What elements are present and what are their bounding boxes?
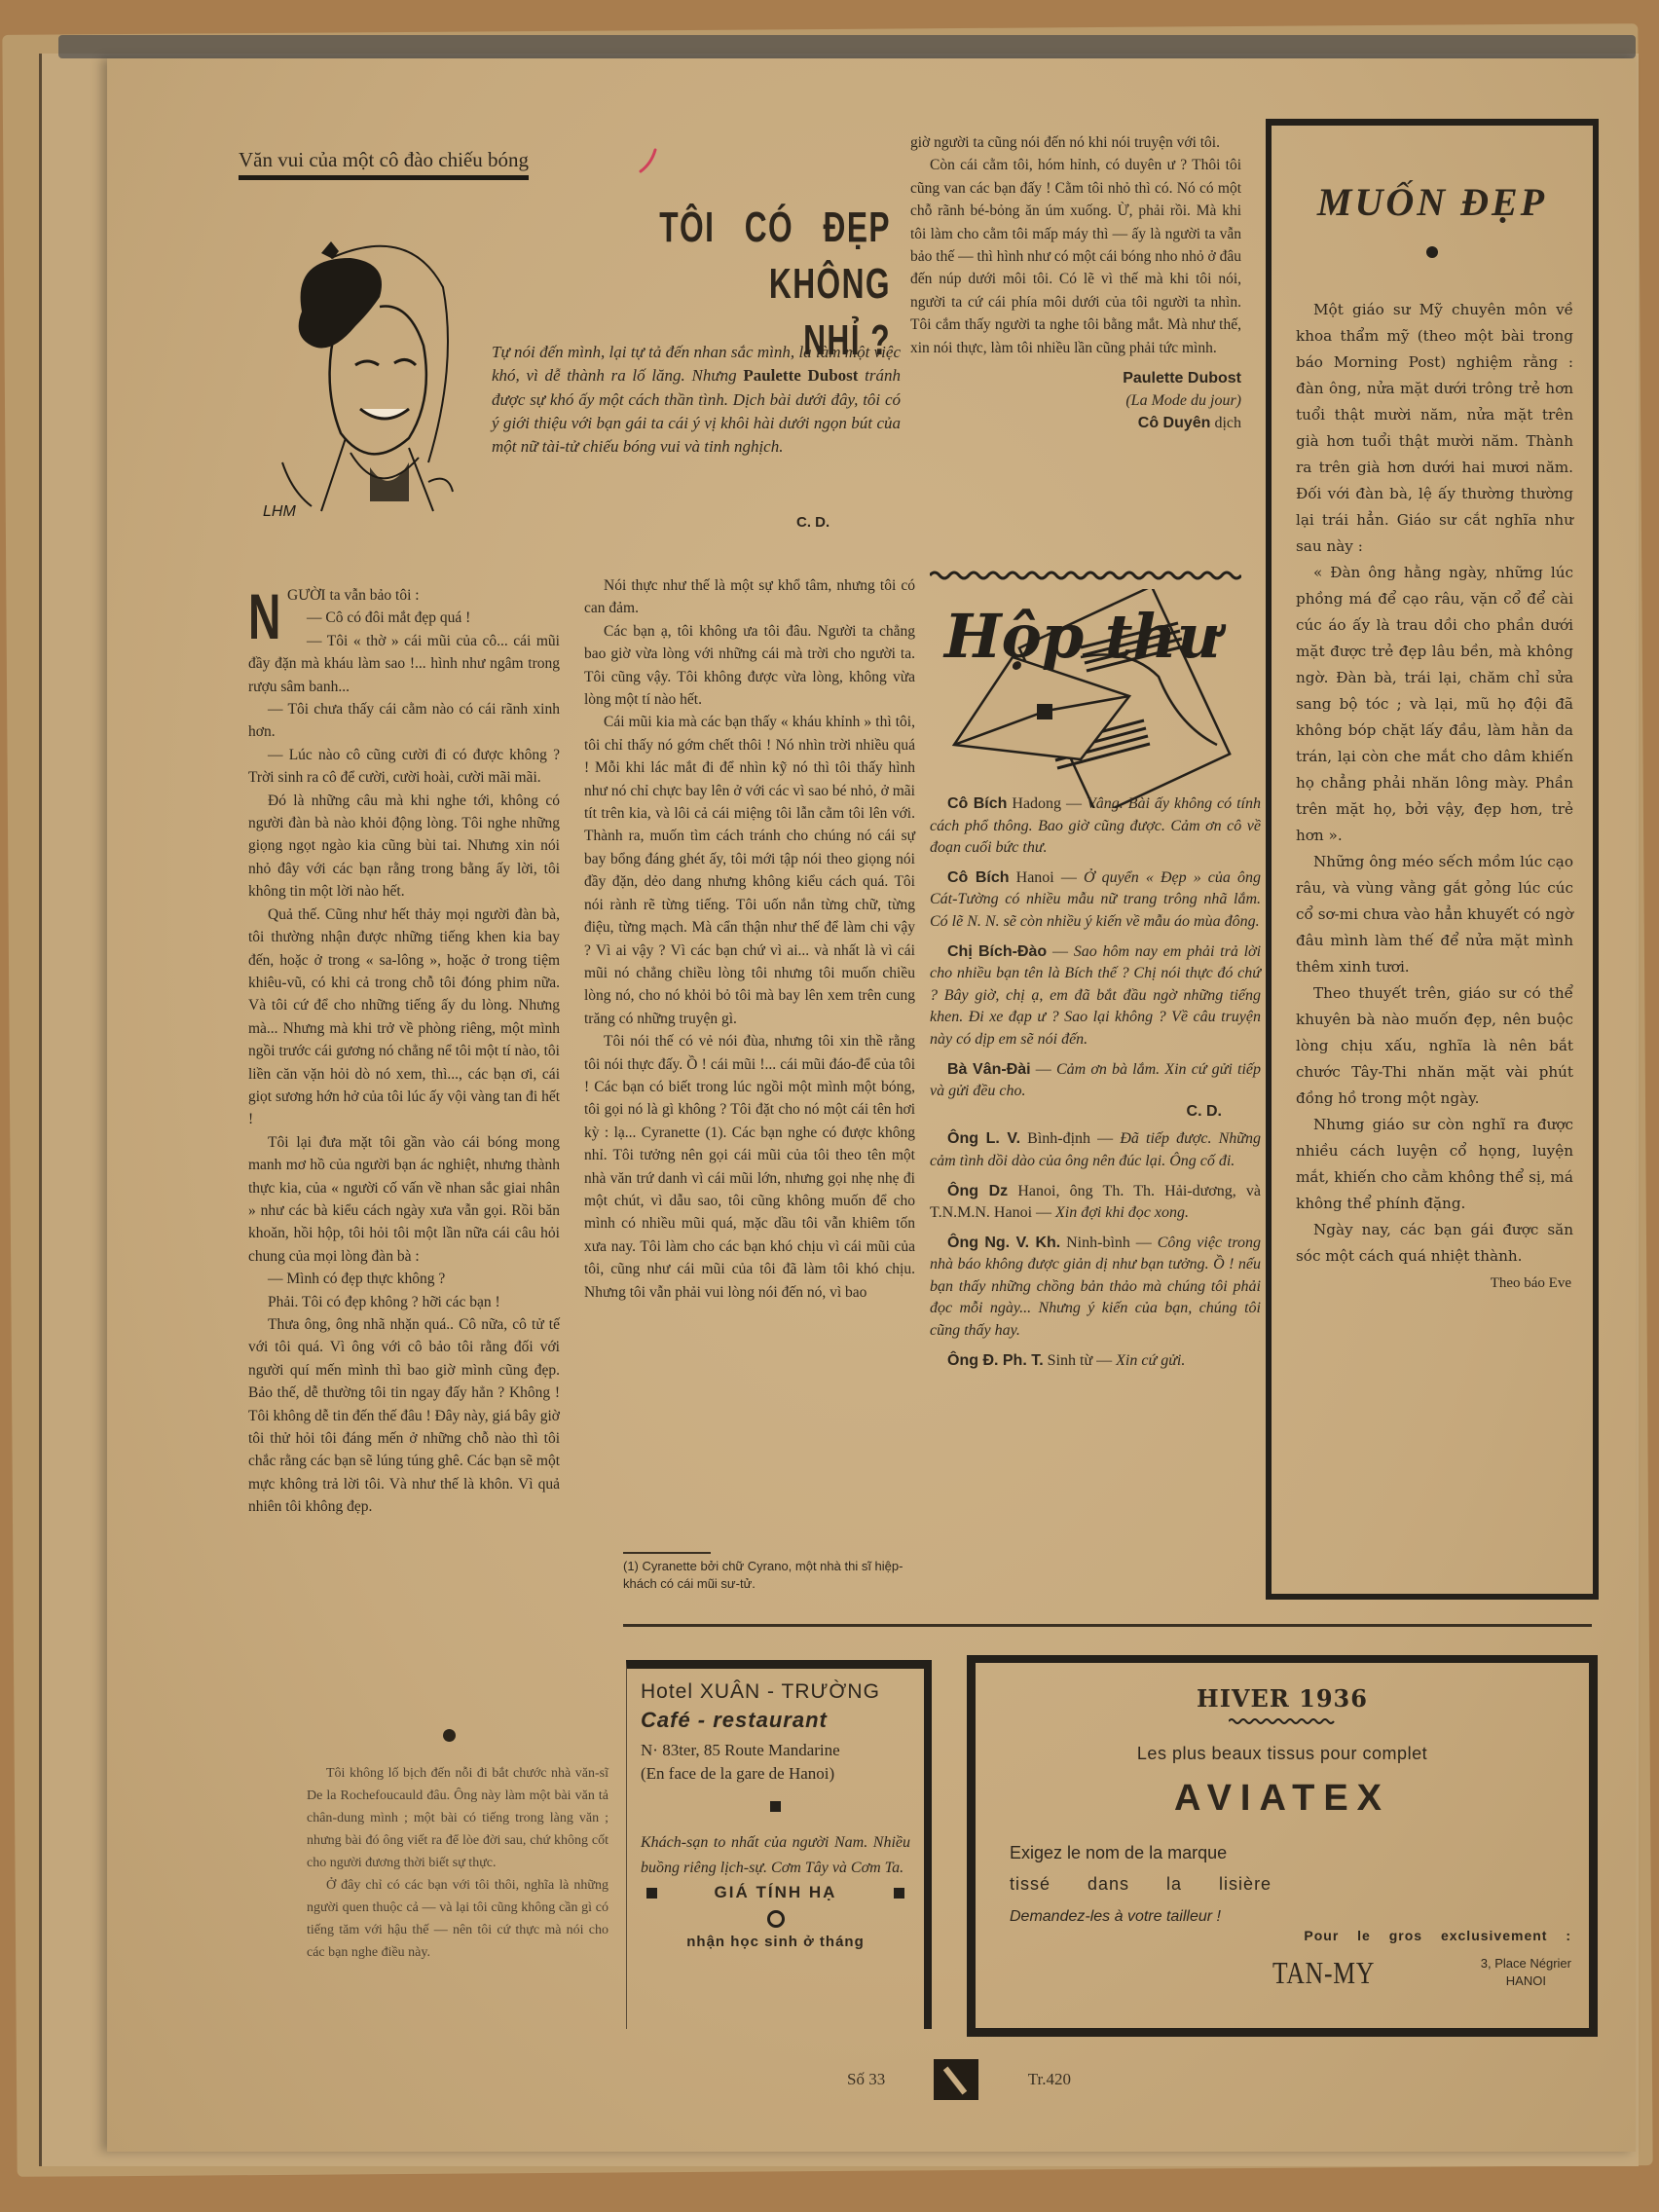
- sidebar-body: Một giáo sư Mỹ chuyên môn về khoa thẩm m…: [1272, 297, 1593, 1270]
- mailbox-entry: Ông L. V. Bình-định — Đã tiếp được. Nhữn…: [930, 1128, 1261, 1172]
- mailbox-title: Hộp thư: [942, 601, 1227, 672]
- mailbox-entry: Cô Bích Hanoi — Ở quyển « Đẹp » của ông …: [930, 867, 1261, 934]
- article-intro: Tự nói đến mình, lại tự tả đến nhan sắc …: [492, 341, 901, 459]
- square-bullet-icon: [770, 1801, 781, 1812]
- hotel-name: Hotel XUÂN - TRƯỜNG: [641, 1680, 910, 1704]
- ad-dealer-name: TAN-MY: [1272, 1955, 1375, 1991]
- paragraph: Tôi lại đưa mặt tôi gần vào cái bóng mon…: [248, 1131, 560, 1268]
- mailbox-entry: Ông Đ. Ph. T. Sinh từ — Xin cứ gửi.: [930, 1350, 1261, 1373]
- paragraph: Những ông méo sếch mồm lúc cạo râu, và v…: [1296, 849, 1573, 980]
- mailbox-entry: Chị Bích-Đào — Sao hôm nay em phải trả l…: [930, 941, 1261, 1051]
- wavy-divider: [930, 570, 1241, 581]
- paragraph: Tôi nói thế có vẻ nói đùa, nhưng tôi xin…: [584, 1030, 915, 1304]
- section-bullet-icon: [443, 1729, 456, 1742]
- wavy-underline: [1229, 1716, 1336, 1726]
- sidebar-source: Theo báo Eve: [1272, 1275, 1593, 1292]
- paragraph: — Tôi chưa thấy cái cằm nào có cái rãnh …: [248, 698, 560, 744]
- mailbox-entry: Bà Vân-Đài — Cảm ơn bà lắm. Xin cứ gửi t…: [930, 1059, 1261, 1103]
- mailbox-signoff: C. D.: [930, 1101, 1222, 1124]
- ad-hotel-xuan-truong: Hotel XUÂN - TRƯỜNG Café - restaurant N·…: [626, 1660, 932, 2029]
- paragraph: GƯỜI ta vẫn bảo tôi :: [248, 584, 560, 607]
- ad-instructions: Exigez le nom de la marque tissé dans la…: [1010, 1837, 1589, 1933]
- paragraph: giờ người ta cũng nói đến nó khi nói tru…: [910, 131, 1241, 154]
- horizontal-rule: [623, 1624, 1592, 1627]
- issue-number: Số 33: [847, 2070, 885, 2089]
- hotel-subtitle: Café - restaurant: [641, 1708, 910, 1733]
- article-column-2: Nói thực như thế là một sự khổ tâm, nhưn…: [584, 574, 915, 1304]
- paragraph: Thưa ông, ông nhã nhặn quá.. Cô nữa, cô …: [248, 1313, 560, 1519]
- paragraph: Quả thế. Cũng như hết thảy mọi người đàn…: [248, 903, 560, 1131]
- ad-brand: AVIATEX: [976, 1778, 1589, 1820]
- signature-translator: Cô Duyên: [1138, 415, 1211, 431]
- ad-aviatex: HIVER 1936 Les plus beaux tissus pour co…: [967, 1655, 1598, 2037]
- ring-icon: [767, 1910, 785, 1928]
- footnote-rule: [623, 1552, 711, 1554]
- signature-source: (La Mode du jour): [910, 389, 1241, 412]
- actress-portrait-illustration: LHM: [263, 219, 467, 521]
- paragraph: Tôi không lố bịch đến nỗi đi bắt chước n…: [307, 1762, 608, 1874]
- intro-initials: C. D.: [796, 514, 829, 531]
- square-bullet-icon: [894, 1888, 904, 1899]
- ad-tagline: Les plus beaux tissus pour complet: [976, 1744, 1589, 1764]
- mailbox-replies: Cô Bích Hadong — Vâng. Bài ấy không có t…: [930, 793, 1261, 1380]
- intro-author-name: Paulette Dubost: [743, 366, 858, 385]
- mailbox-entry: Ông Ng. V. Kh. Ninh-bình — Công việc tro…: [930, 1233, 1261, 1343]
- paragraph: Cái mũi kia mà các bạn thấy « kháu khỉnh…: [584, 711, 915, 1030]
- paragraph: — Cô có đôi mắt đẹp quá !: [248, 607, 560, 629]
- paragraph: Ngày nay, các bạn gái được săn sóc một c…: [1296, 1217, 1573, 1270]
- hotel-description: Khách-sạn to nhất của người Nam. Nhiều b…: [641, 1830, 910, 1881]
- binding-shadow: [58, 35, 1636, 58]
- article-column-1: N GƯỜI ta vẫn bảo tôi : — Cô có đôi mắt …: [248, 584, 560, 1519]
- hotel-students: nhận học sinh ở tháng: [641, 1934, 910, 1950]
- paragraph: — Mình có đẹp thực không ?: [248, 1268, 560, 1290]
- hotel-address: N· 83ter, 85 Route Mandarine: [641, 1739, 910, 1762]
- hotel-price: GIÁ TÍNH HẠ: [641, 1883, 910, 1902]
- article-column-1-continued: Tôi không lố bịch đến nỗi đi bắt chước n…: [307, 1762, 608, 1964]
- paragraph: Các bạn ạ, tôi không ưa tôi đâu. Người t…: [584, 620, 915, 712]
- headline-line-1: TÔI CÓ ĐẸP KHÔNG: [586, 200, 891, 313]
- paragraph: Còn cái cằm tôi, hóm hỉnh, có duyên ư ? …: [910, 154, 1241, 359]
- mailbox-letters-illustration: Hộp thư: [935, 589, 1246, 808]
- article-column-3: giờ người ta cũng nói đến nó khi nói tru…: [910, 131, 1241, 434]
- sidebar-box-muon-dep: MUỐN ĐẸP Một giáo sư Mỹ chuyên môn về kh…: [1266, 119, 1599, 1600]
- bullet-icon: [1426, 246, 1438, 258]
- page-folio: Số 33 Tr.420: [847, 2059, 1071, 2100]
- publication-logo-icon: [934, 2059, 978, 2100]
- footnote: (1) Cyranette bởi chữ Cyrano, một nhà th…: [623, 1558, 925, 1593]
- paragraph: — Tôi « thờ » cái mũi của cô... cái mũi …: [248, 630, 560, 698]
- hotel-address-note: (En face de la gare de Hanoi): [641, 1762, 910, 1786]
- ad-dealer-address: 3, Place Négrier HANOI: [1481, 1955, 1571, 1990]
- signature-author: Paulette Dubost: [910, 367, 1241, 389]
- pencil-mark-icon: [638, 148, 659, 175]
- paragraph: Nhưng giáo sư còn nghĩ ra được nhiều các…: [1296, 1112, 1573, 1217]
- paragraph: « Đàn ông hằng ngày, những lúc phồng má …: [1296, 560, 1573, 849]
- ad-season: HIVER 1936: [976, 1684, 1589, 1713]
- article-kicker: Văn vui của một cô đào chiếu bóng: [239, 148, 529, 180]
- article-signature: Paulette Dubost (La Mode du jour) Cô Duy…: [910, 367, 1241, 434]
- square-bullet-icon: [646, 1888, 657, 1899]
- paragraph: Phải. Tôi có đẹp không ? hỡi các bạn !: [248, 1291, 560, 1313]
- sidebar-title: MUỐN ĐẸP: [1272, 179, 1593, 225]
- mailbox-entry: Cô Bích Hadong — Vâng. Bài ấy không có t…: [930, 793, 1261, 860]
- illustrator-signature: LHM: [263, 503, 296, 520]
- page-number: Tr.420: [1028, 2070, 1071, 2089]
- paragraph: Đó là những câu mà khi nghe tới, không c…: [248, 790, 560, 903]
- paragraph: — Lúc nào cô cũng cười đi có được không …: [248, 744, 560, 790]
- drop-cap: N: [248, 588, 272, 645]
- paragraph: Một giáo sư Mỹ chuyên môn về khoa thẩm m…: [1296, 297, 1573, 560]
- paragraph: Ở đây chỉ có các bạn với tôi thôi, nghĩa…: [307, 1874, 608, 1964]
- ad-wholesale-label: Pour le gros exclusivement :: [1304, 1928, 1571, 1943]
- paragraph: Nói thực như thế là một sự khổ tâm, nhưn…: [584, 574, 915, 620]
- mailbox-entry: Ông Dz Hanoi, ông Th. Th. Hải-dương, và …: [930, 1181, 1261, 1225]
- paragraph: Theo thuyết trên, giáo sư có thể khuyên …: [1296, 980, 1573, 1112]
